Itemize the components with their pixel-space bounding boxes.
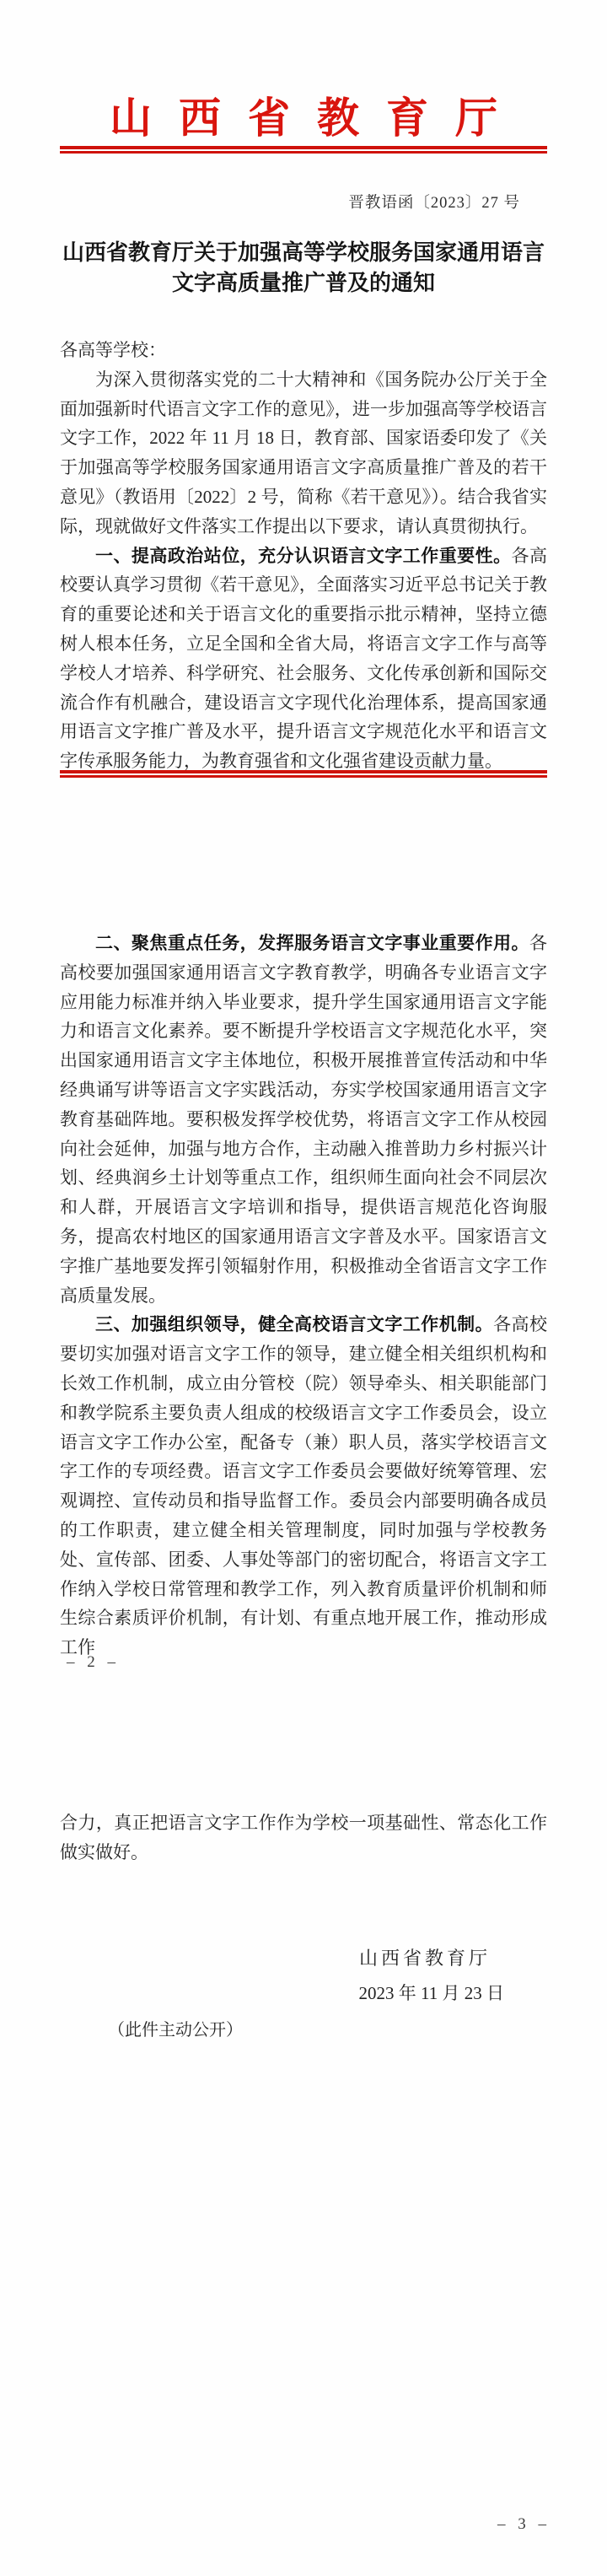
document-number: 晋教语函〔2023〕27 号 <box>348 191 520 213</box>
section2-text: 各高校要加强国家通用语言文字教育教学，明确各专业语言文字应用能力标准并纳入毕业要… <box>60 933 547 1306</box>
page1-body: 各高等学校： 为深入贯彻落实党的二十大精神和《国务院办公厅关于全面加强新时代语言… <box>60 336 547 776</box>
page-number-2: – 2 – <box>67 1653 120 1672</box>
paragraph-section1: 一、提高政治站位，充分认识语言文字工作重要性。各高校要认真学习贯彻《若干意见》，… <box>60 542 547 776</box>
disclosure-note: （此件主动公开） <box>108 2016 243 2040</box>
page2-body: 二、聚焦重点任务，发挥服务语言文字事业重要作用。各高校要加强国家通用语言文字教育… <box>60 929 547 1663</box>
paragraph-section2: 二、聚焦重点任务，发挥服务语言文字事业重要作用。各高校要加强国家通用语言文字教育… <box>60 929 547 1310</box>
page1-bottom-red-line <box>60 770 547 778</box>
divider-line-thin <box>60 775 547 778</box>
divider-line-thin <box>60 151 547 154</box>
page3-body: 合力，真正把语言文字工作作为学校一项基础性、常态化工作做实做好。 <box>60 1808 547 1867</box>
signature-org: 山西省教育厅 <box>359 1944 491 1970</box>
page-number-3: – 3 – <box>497 2515 551 2534</box>
paragraph-intro-text: 为深入贯彻落实党的二十大精神和《国务院办公厅关于全面加强新时代语言文字工作的意见… <box>60 369 547 536</box>
section3-text-continued: 合力，真正把语言文字工作作为学校一项基础性、常态化工作做实做好。 <box>60 1813 547 1862</box>
section1-heading: 一、提高政治站位，充分认识语言文字工作重要性。 <box>95 546 512 566</box>
document-title-line2: 文字高质量推广普及的通知 <box>0 268 607 299</box>
divider-line-thick <box>60 146 547 149</box>
section2-heading: 二、聚焦重点任务，发挥服务语言文字事业重要作用。 <box>95 933 529 953</box>
letterhead-org-name: 山西省教育厅 <box>0 84 607 145</box>
divider-line-thick <box>60 770 547 773</box>
salutation: 各高等学校： <box>60 336 547 365</box>
section3-heading: 三、加强组织领导，健全高校语言文字工作机制。 <box>95 1314 493 1334</box>
document-title: 山西省教育厅关于加强高等学校服务国家通用语言 文字高质量推广普及的通知 <box>0 238 607 298</box>
signature-date: 2023 年 11 月 23 日 <box>359 1980 504 2005</box>
section3-text: 各高校要切实加强对语言文字工作的领导，建立健全相关组织机构和长效工作机制，成立由… <box>60 1314 547 1657</box>
paragraph-section3-continued: 合力，真正把语言文字工作作为学校一项基础性、常态化工作做实做好。 <box>60 1808 547 1867</box>
letterhead-divider-line <box>60 146 547 154</box>
document-title-line1: 山西省教育厅关于加强高等学校服务国家通用语言 <box>0 238 607 268</box>
paragraph-section3: 三、加强组织领导，健全高校语言文字工作机制。各高校要切实加强对语言文字工作的领导… <box>60 1310 547 1663</box>
section1-text: 各高校要认真学习贯彻《若干意见》，全面落实习近平总书记关于教育的重要论述和关于语… <box>60 546 547 772</box>
paragraph-intro: 为深入贯彻落实党的二十大精神和《国务院办公厅关于全面加强新时代语言文字工作的意见… <box>60 365 547 542</box>
official-document-scan: 山西省教育厅 晋教语函〔2023〕27 号 山西省教育厅关于加强高等学校服务国家… <box>0 0 607 2576</box>
